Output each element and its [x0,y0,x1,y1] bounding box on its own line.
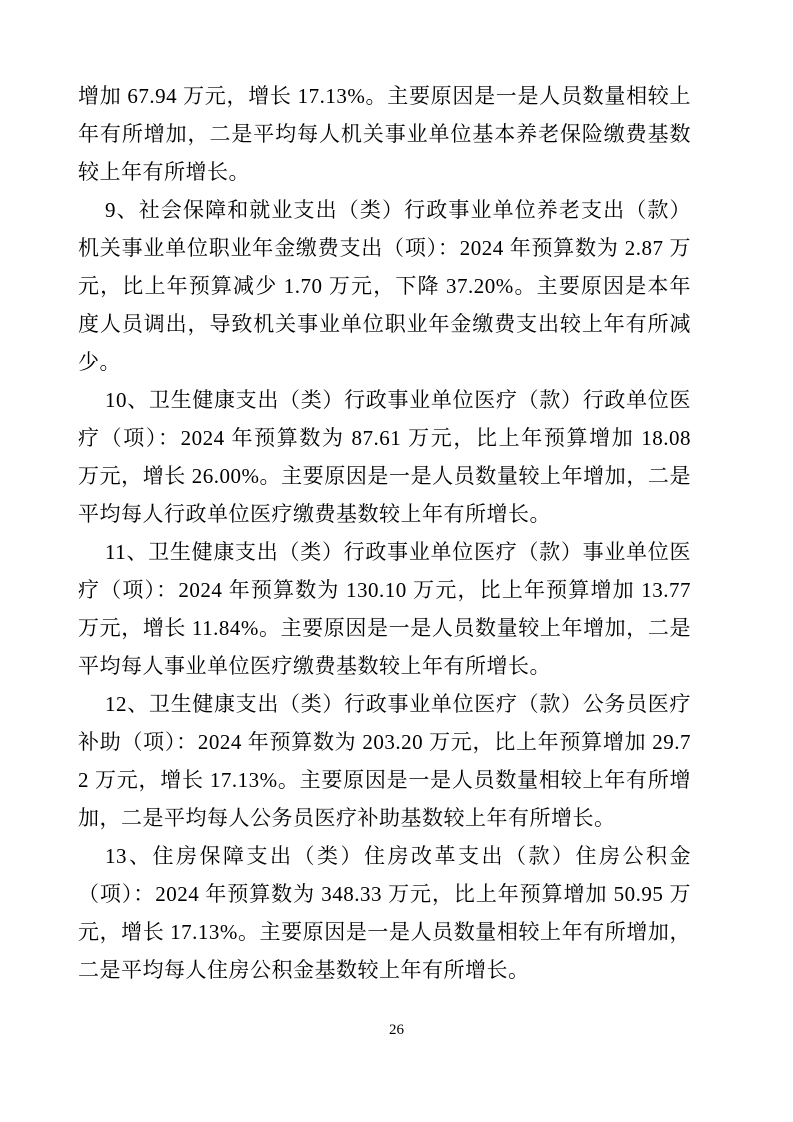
page-number: 26 [0,1021,793,1039]
document-body: 增加 67.94 万元，增长 17.13%。主要原因是一是人员数量相较上年有所增… [78,77,691,989]
paragraph-12: 12、卫生健康支出（类）行政事业单位医疗（款）公务员医疗补助（项）：2024 年… [78,685,691,837]
paragraph-13: 13、住房保障支出（类）住房改革支出（款）住房公积金（项）：2024 年预算数为… [78,837,691,989]
document-page: 增加 67.94 万元，增长 17.13%。主要原因是一是人员数量相较上年有所增… [0,0,793,1122]
paragraph-8-continuation: 增加 67.94 万元，增长 17.13%。主要原因是一是人员数量相较上年有所增… [78,77,691,191]
paragraph-9: 9、社会保障和就业支出（类）行政事业单位养老支出（款）机关事业单位职业年金缴费支… [78,191,691,381]
paragraph-10: 10、卫生健康支出（类）行政事业单位医疗（款）行政单位医疗（项）：2024 年预… [78,381,691,533]
paragraph-11: 11、卫生健康支出（类）行政事业单位医疗（款）事业单位医疗（项）：2024 年预… [78,533,691,685]
